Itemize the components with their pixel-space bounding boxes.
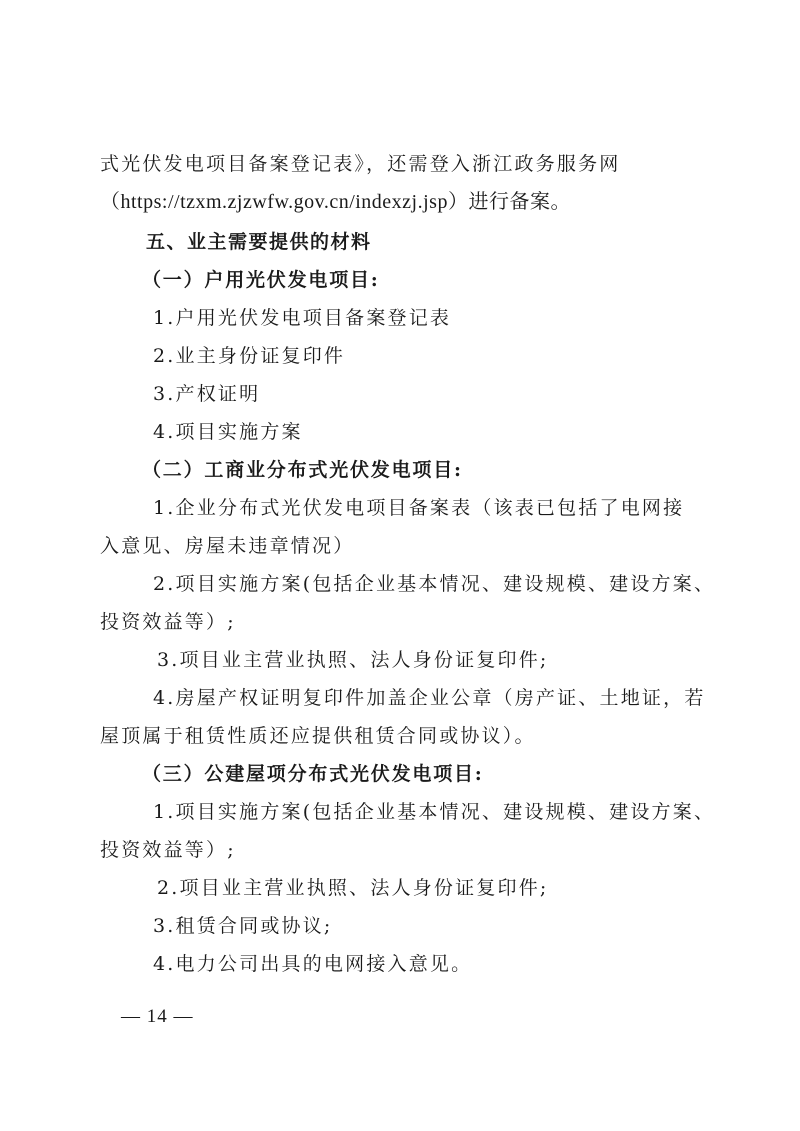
list-item: 2.项目业主营业执照、法人身份证复印件; (157, 876, 549, 900)
list-item-continuation: 屋顶属于租赁性质还应提供租赁合同或协议）。 (100, 724, 536, 748)
list-item: 1.户用光伏发电项目备案登记表 (153, 306, 451, 330)
list-item: 4.项目实施方案 (153, 420, 303, 444)
paragraph-url-line: （https://tzxm.zjzwfw.gov.cn/indexzj.jsp）… (100, 190, 571, 214)
list-item: 4.电力公司出具的电网接入意见。 (153, 952, 472, 976)
list-item: 3.租赁合同或协议; (153, 914, 333, 938)
list-item: 1.项目实施方案(包括企业基本情况、建设规模、建设方案、 (153, 800, 715, 824)
document-page: 式光伏发电项目备案登记表》，还需登入浙江政务服务网 （https://tzxm.… (0, 0, 800, 1131)
list-item: 2.项目实施方案(包括企业基本情况、建设规模、建设方案、 (153, 572, 715, 596)
list-item: 2.业主身份证复印件 (153, 344, 345, 368)
list-item-continuation: 入意见、房屋未违章情况） (100, 534, 354, 558)
list-item: 1.企业分布式光伏发电项目备案表（该表已包括了电网接 (153, 496, 684, 520)
list-item: 3.项目业主营业执照、法人身份证复印件; (157, 648, 549, 672)
list-item: 3.产权证明 (153, 382, 260, 406)
subsection-heading-public-building: （三）公建屋项分布式光伏发电项目: (142, 762, 484, 786)
list-item-continuation: 投资效益等）; (100, 610, 236, 634)
list-item: 4.房屋产权证明复印件加盖企业公章（房产证、土地证，若 (153, 686, 706, 710)
paragraph-continuation-line: 式光伏发电项目备案登记表》，还需登入浙江政务服务网 (100, 152, 621, 176)
subsection-heading-commercial: （二）工商业分布式光伏发电项目: (142, 458, 463, 482)
section-heading: 五、业主需要提供的材料 (146, 230, 372, 254)
page-number: — 14 — (121, 1005, 194, 1029)
subsection-heading-residential: （一）户用光伏发电项目: (142, 268, 380, 292)
list-item-continuation: 投资效益等）; (100, 838, 236, 862)
